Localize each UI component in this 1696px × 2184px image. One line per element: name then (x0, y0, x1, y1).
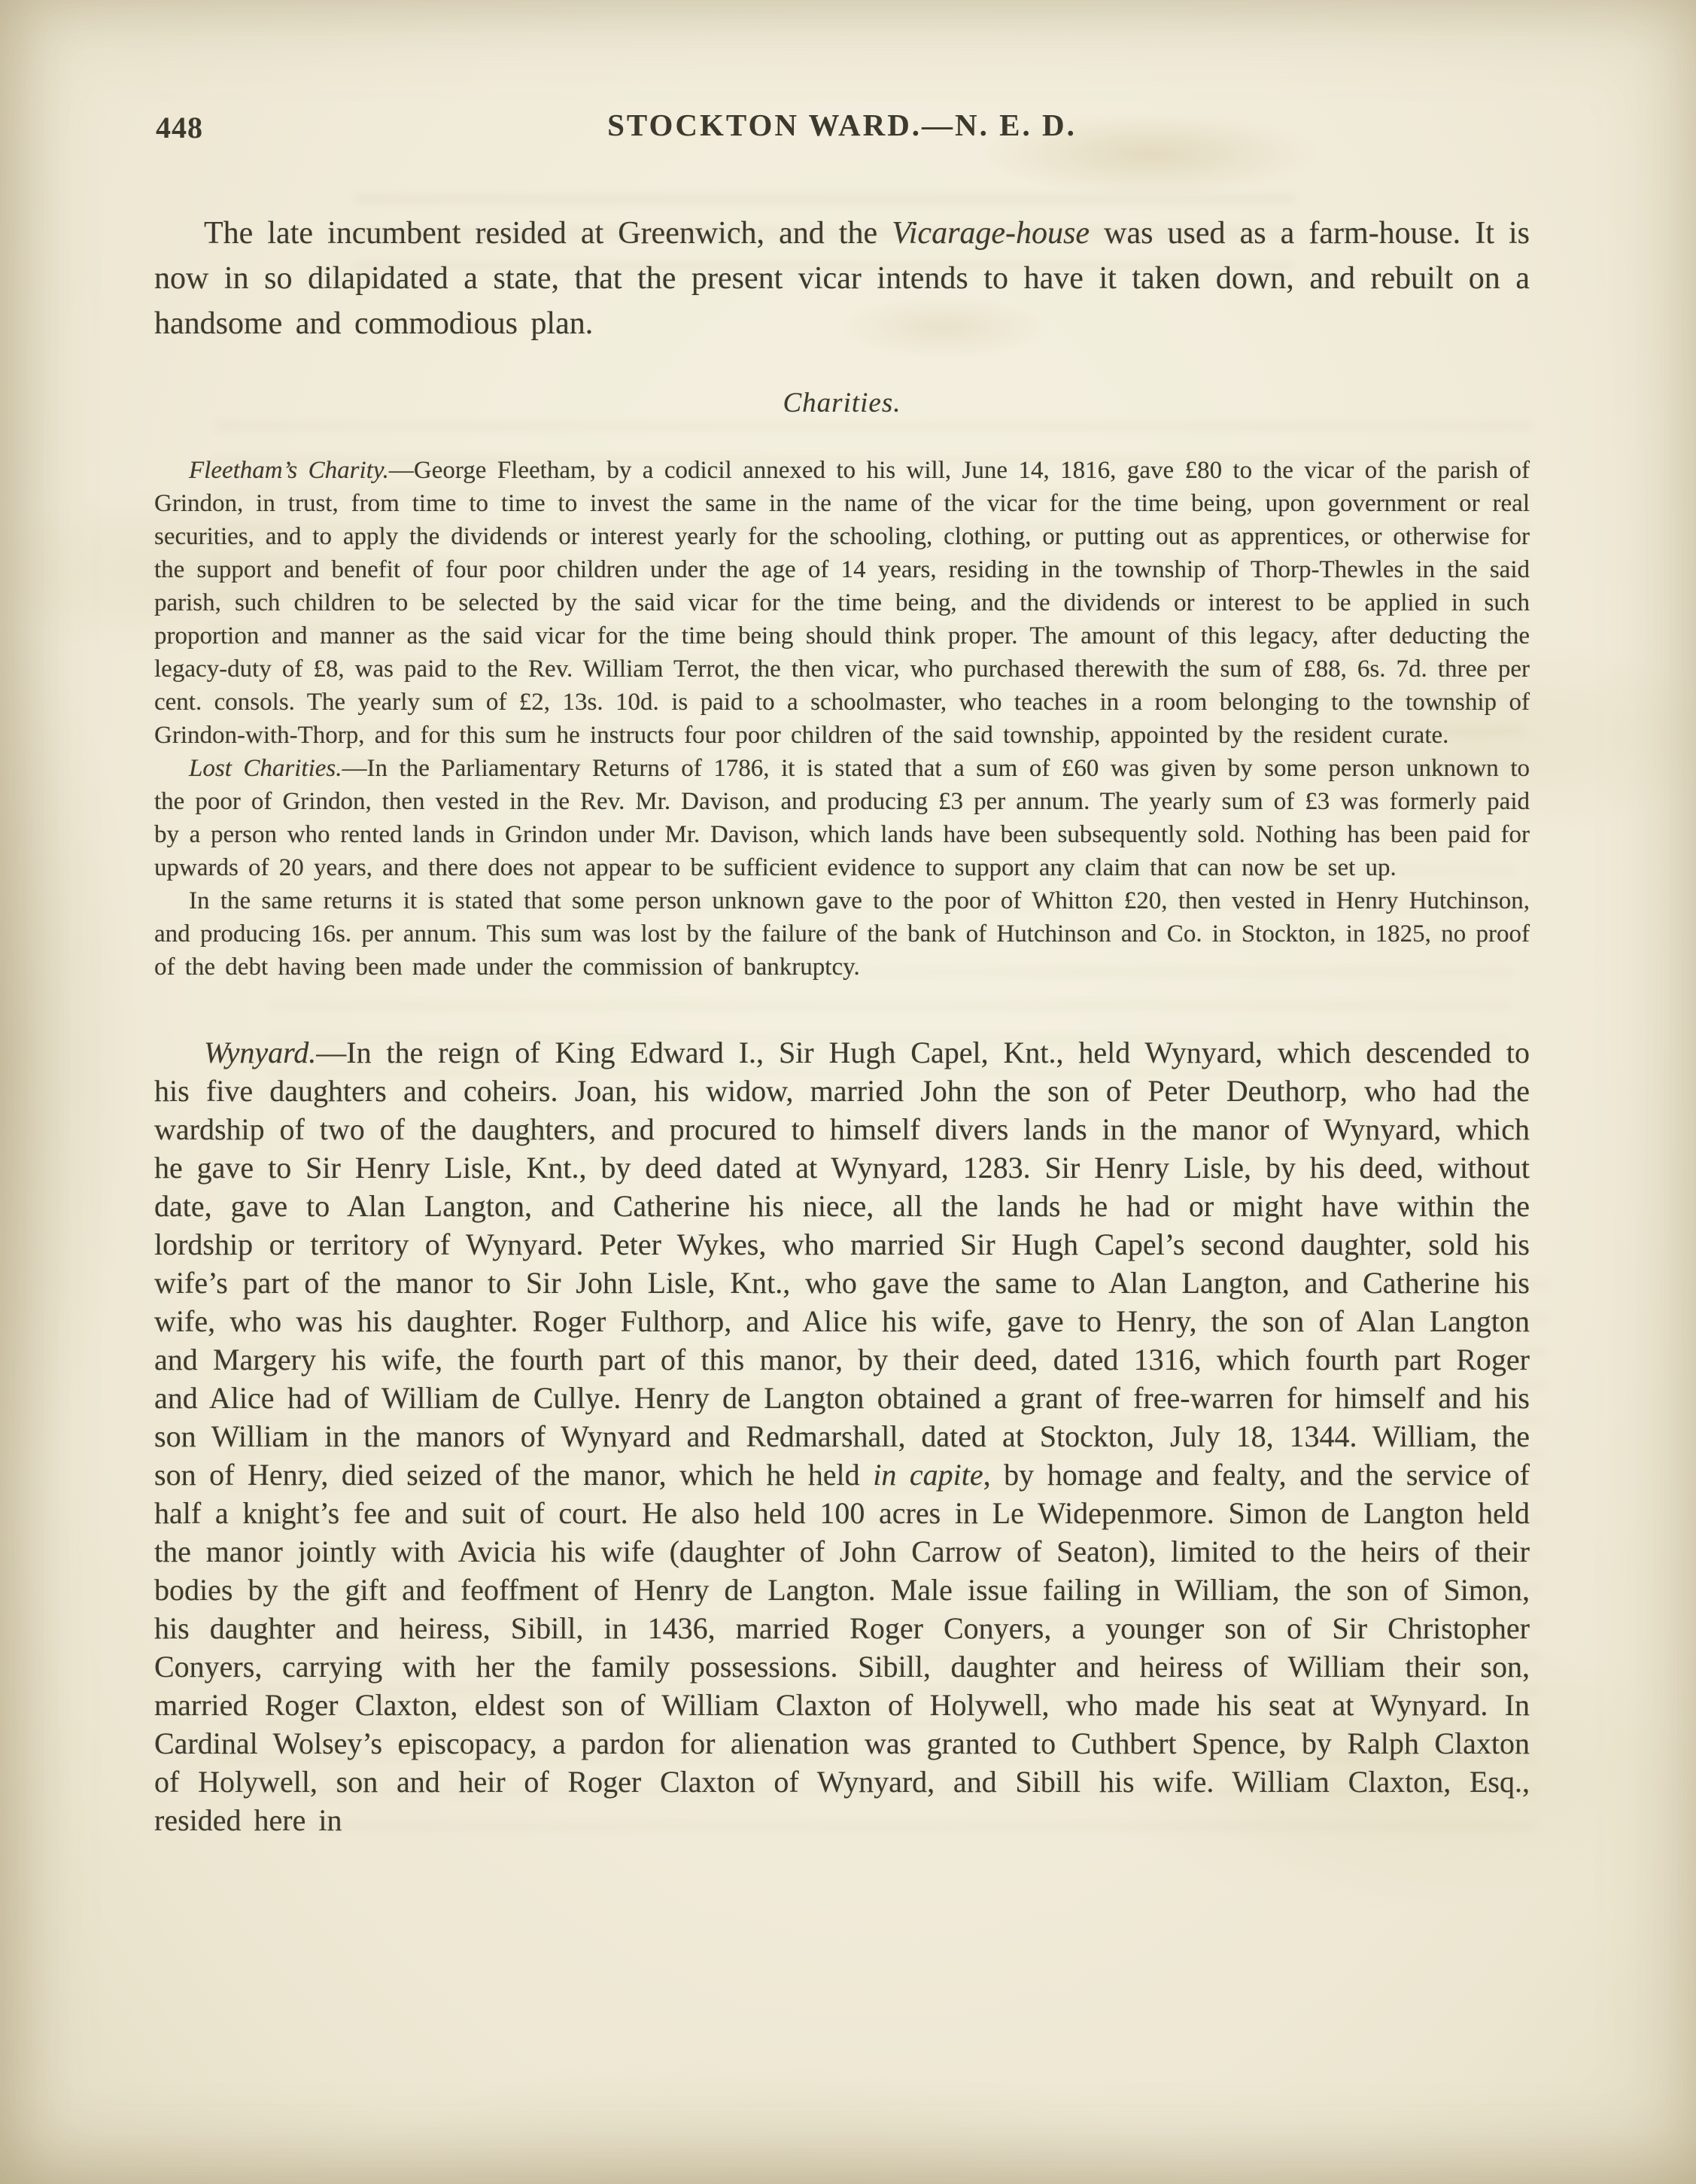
wynyard-lead: Wynyard. (204, 1036, 316, 1069)
lost-charities-lead: Lost Charities. (189, 755, 342, 782)
page-header: 448 STOCKTON WARD.—N. E. D. (154, 107, 1530, 148)
intro-paragraph: The late incumbent resided at Greenwich,… (154, 211, 1530, 346)
fleetham-charity-paragraph: Fleetham’s Charity.—George Fleetham, by … (154, 454, 1530, 752)
running-header: STOCKTON WARD.—N. E. D. (154, 107, 1530, 143)
in-capite-italic: in capite (873, 1458, 983, 1492)
wynyard-body-before: —In the reign of King Edward I., Sir Hug… (154, 1036, 1530, 1492)
book-page: 448 STOCKTON WARD.—N. E. D. The late inc… (0, 0, 1696, 2184)
wynyard-paragraph: Wynyard.—In the reign of King Edward I.,… (154, 1033, 1530, 1839)
fleetham-charity-body: —George Fleetham, by a codicil annexed t… (154, 457, 1530, 749)
page-content: 448 STOCKTON WARD.—N. E. D. The late inc… (154, 107, 1530, 1839)
intro-text-before: The late incumbent resided at Greenwich,… (204, 216, 892, 251)
lost-charities-paragraph: Lost Charities.—In the Parliamentary Ret… (154, 752, 1530, 884)
whitton-paragraph: In the same returns it is stated that so… (154, 884, 1530, 984)
vicarage-house-italic: Vicarage-house (892, 216, 1090, 251)
charities-heading: Charities. (154, 387, 1530, 419)
wynyard-body-after: , by homage and fealty, and the service … (154, 1458, 1530, 1837)
lost-charities-body: —In the Parliamentary Returns of 1786, i… (154, 755, 1530, 881)
page-number: 448 (156, 110, 203, 145)
fleetham-charity-lead: Fleetham’s Charity. (189, 457, 389, 484)
